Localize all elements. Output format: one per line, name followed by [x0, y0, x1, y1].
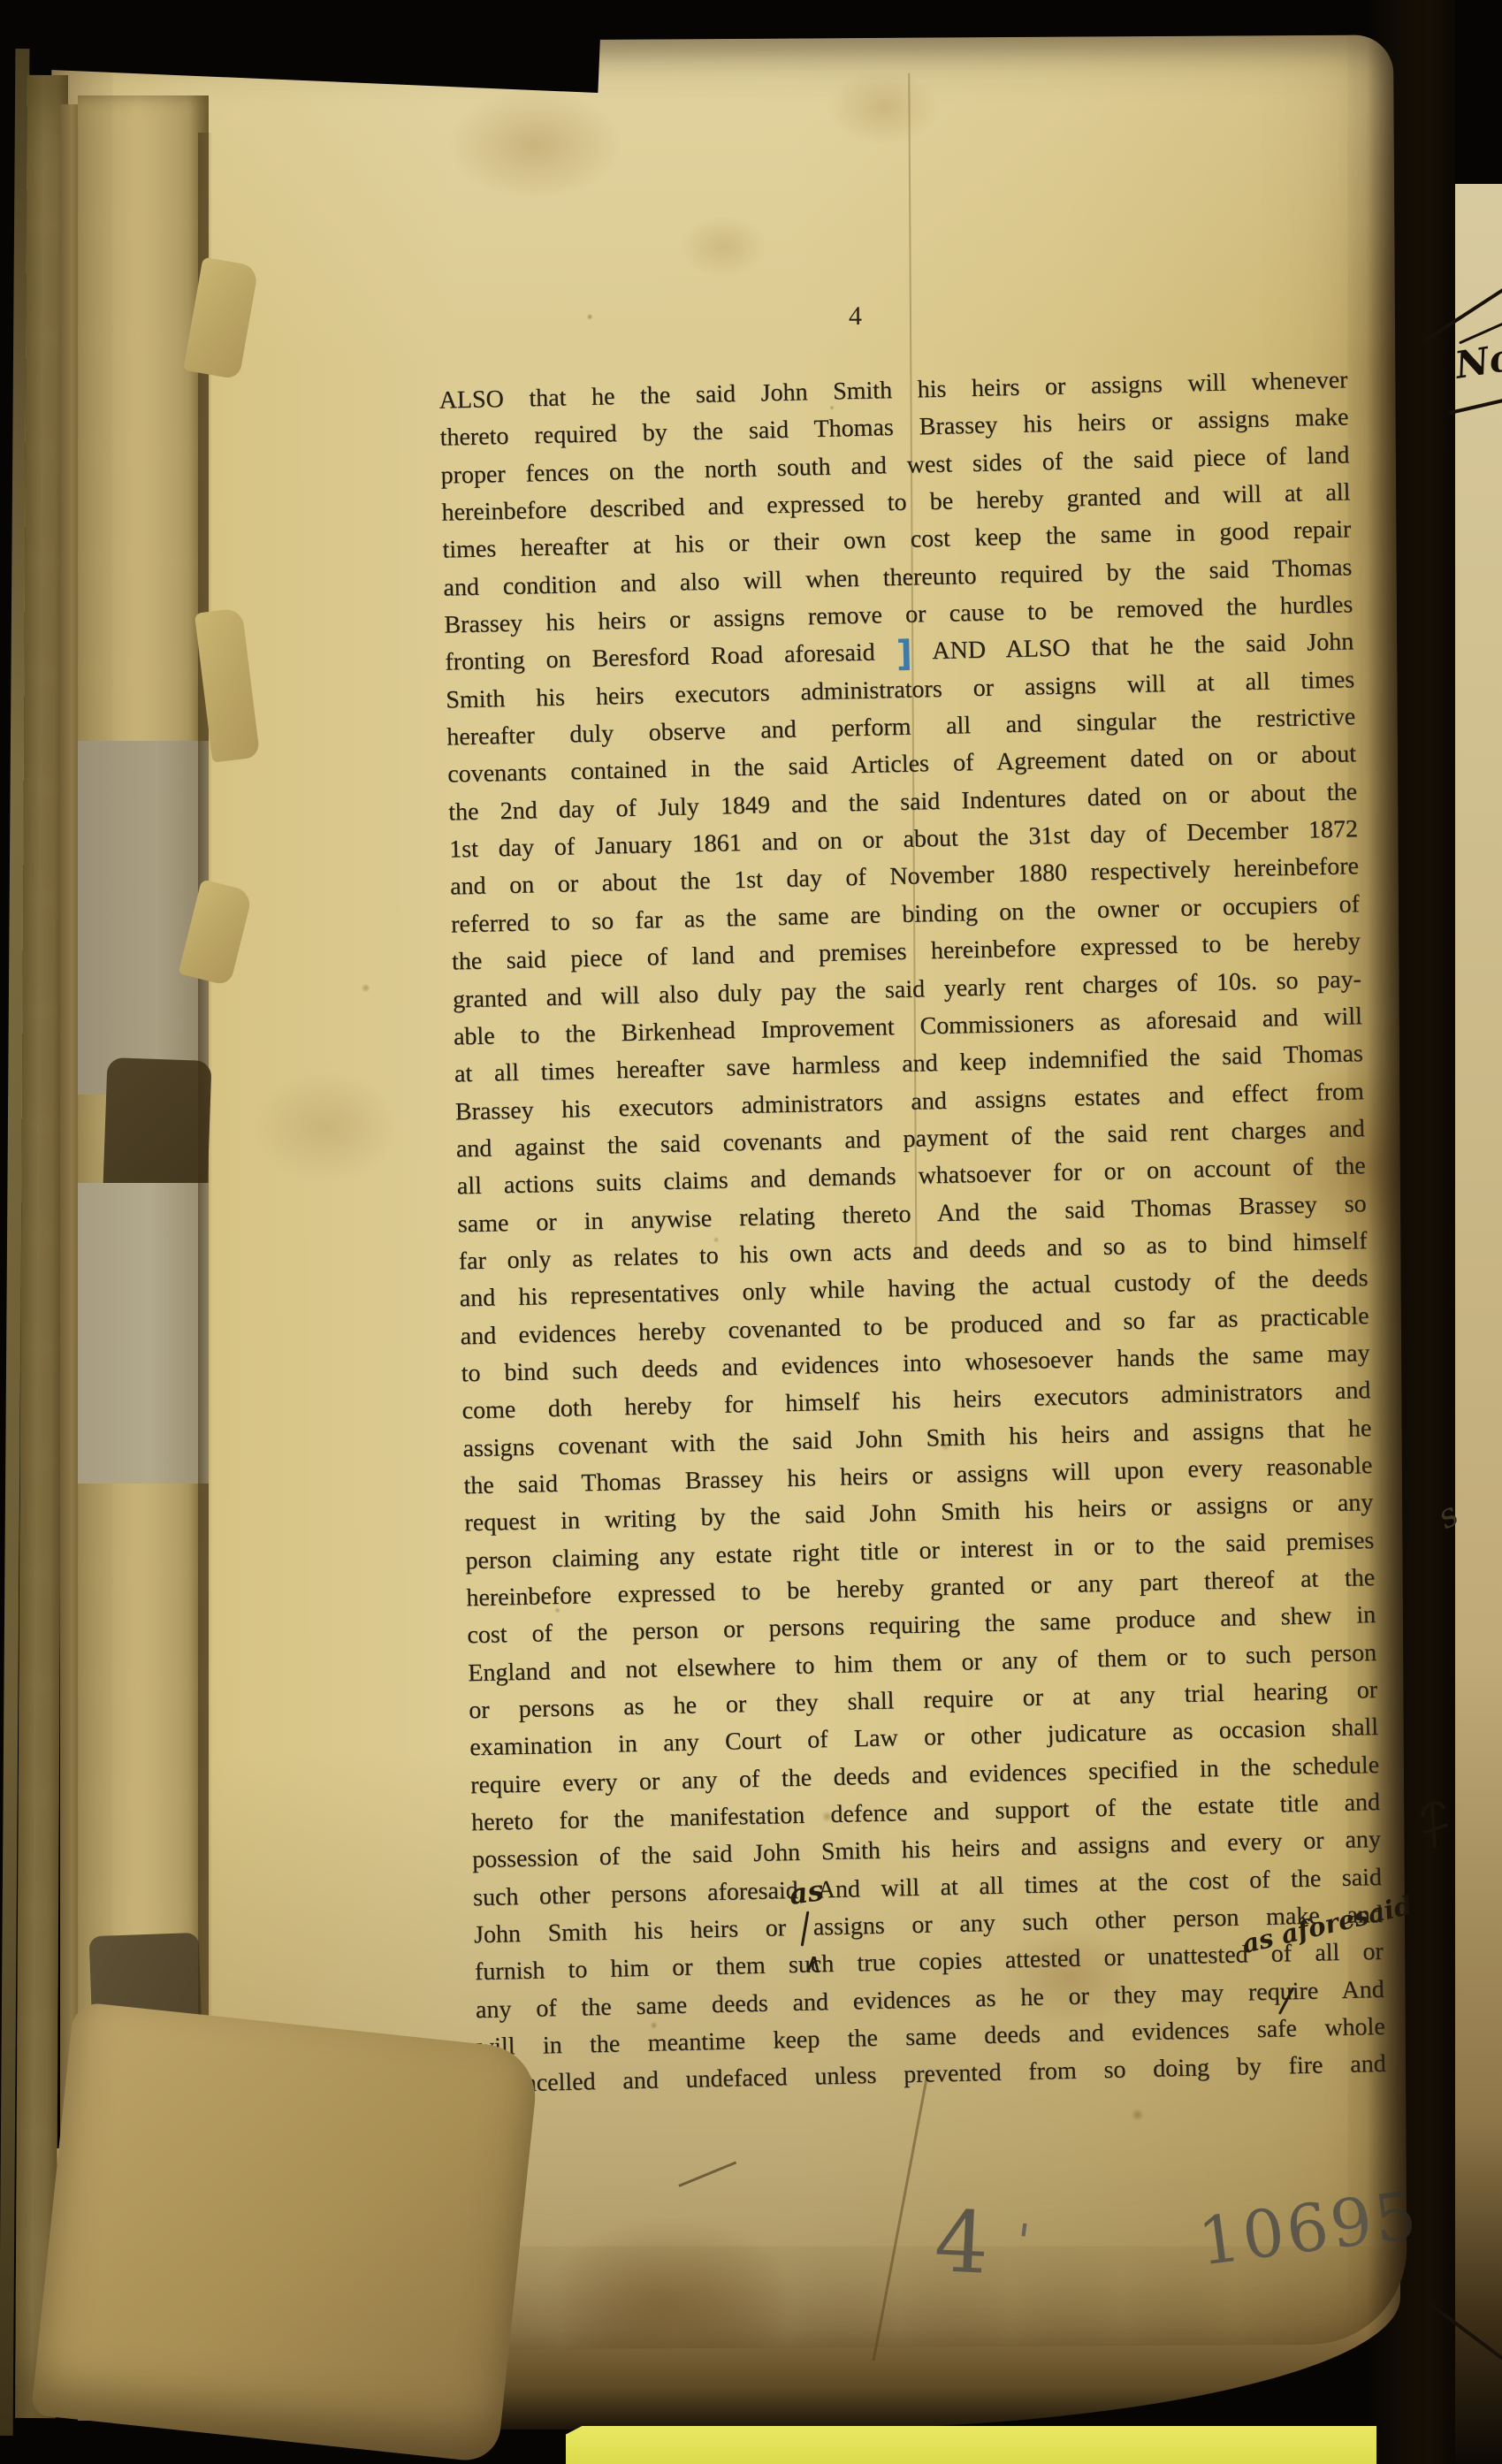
- next-page-sliver: [1452, 184, 1502, 2464]
- torn-edge-shadow: [198, 133, 212, 2325]
- folded-corner-flap: [31, 2002, 540, 2464]
- pencil-page-number: 4: [933, 2192, 991, 2293]
- body-text: fronting on Beresford Road aforesaid: [445, 639, 875, 676]
- insertion-caret: ∧: [803, 1948, 824, 1980]
- printed-page-number: 4: [849, 301, 862, 332]
- yellow-slip: [566, 2426, 1376, 2464]
- handwritten-insert-as: as: [787, 1873, 826, 1911]
- book-gutter-shadow: [1367, 0, 1455, 2464]
- blue-bracket-mark: ]: [896, 634, 912, 675]
- body-text: AND ALSO that he the said John: [932, 629, 1353, 666]
- ink-mark-icon: [1413, 1797, 1455, 1856]
- worn-grey-patch-2: [78, 1183, 209, 1484]
- deed-page: 4 ALSO that he the said John Smith his h…: [51, 34, 1407, 2352]
- photographed-deed-book: { "page": { "number": "4", "body_lines":…: [0, 0, 1502, 2464]
- text-block: ALSO that he the said John Smith his hei…: [438, 362, 1386, 2115]
- worn-grey-patch: [78, 741, 209, 1095]
- next-page-no-label: No: [1452, 335, 1502, 387]
